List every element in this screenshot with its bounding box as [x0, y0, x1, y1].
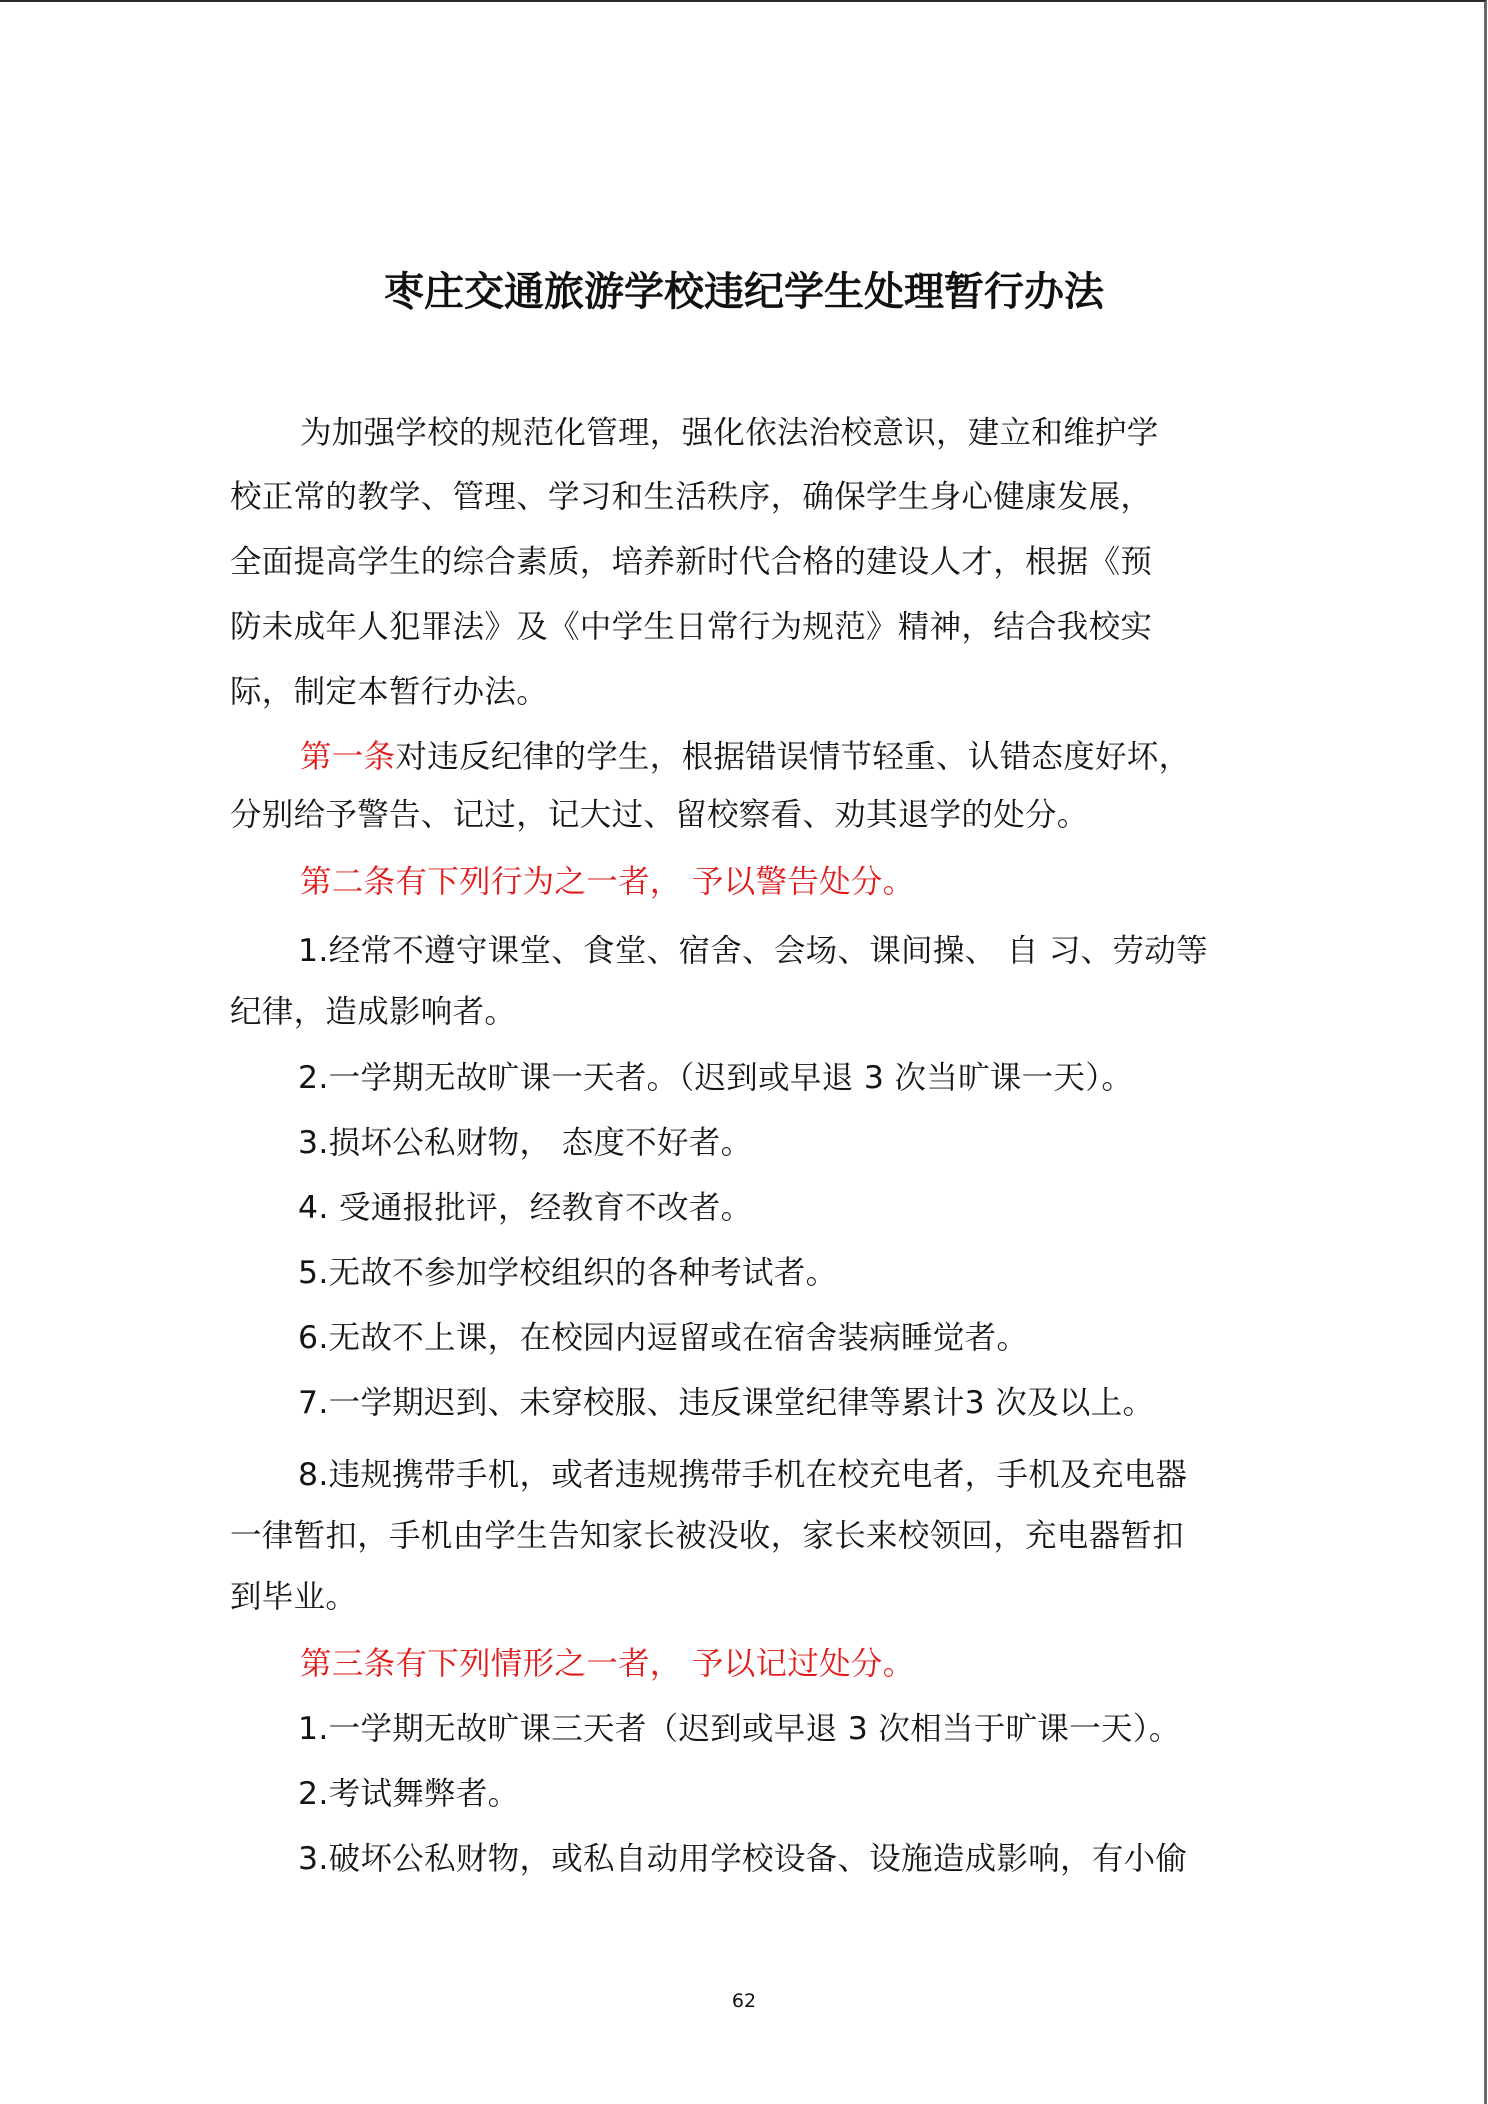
article-2-item-3: 3.损坏公私财物， 态度不好者。	[298, 1118, 752, 1163]
article-2-item-1-line-1: 1.经常不遵守课堂、食堂、宿舍、会场、课间操、 自 习、劳动等	[298, 926, 1208, 971]
article-1-heading: 第一条	[300, 739, 395, 775]
document-title: 枣庄交通旅游学校违纪学生处理暂行办法	[0, 260, 1488, 317]
preamble-line-5: 际，制定本暂行办法。	[230, 667, 548, 712]
article-3-item-1: 1.一学期无故旷课三天者（迟到或早退 3 次相当于旷课一天）。	[298, 1704, 1181, 1749]
preamble-line-2: 校正常的教学、管理、学习和生活秩序，确保学生身心健康发展，	[230, 472, 1152, 517]
article-1-text: 对违反纪律的学生，根据错误情节轻重、认错态度好坏，	[395, 739, 1190, 775]
article-1-line-1: 第一条对违反纪律的学生，根据错误情节轻重、认错态度好坏，	[300, 732, 1190, 777]
article-2-item-4: 4. 受通报批评，经教育不改者。	[298, 1183, 752, 1228]
document-page: 枣庄交通旅游学校违纪学生处理暂行办法 为加强学校的规范化管理，强化依法治校意识，…	[0, 0, 1487, 2104]
article-2-item-8-line-1: 8.违规携带手机，或者违规携带手机在校充电者，手机及充电器	[298, 1450, 1187, 1495]
article-2-item-7: 7.一学期迟到、未穿校服、违反课堂纪律等累计3 次及以上。	[298, 1378, 1154, 1423]
preamble-line-3: 全面提高学生的综合素质，培养新时代合格的建设人才，根据《预	[230, 537, 1152, 582]
article-2-item-6: 6.无故不上课，在校园内逗留或在宿舍装病睡觉者。	[298, 1313, 1028, 1358]
article-2-item-8-line-2: 一律暂扣，手机由学生告知家长被没收，家长来校领回，充电器暂扣	[230, 1511, 1184, 1556]
article-2-item-5: 5.无故不参加学校组织的各种考试者。	[298, 1248, 837, 1293]
article-2-item-2: 2.一学期无故旷课一天者。（迟到或早退 3 次当旷课一天）。	[298, 1053, 1133, 1098]
page-number: 62	[0, 1990, 1488, 2012]
preamble-line-4: 防未成年人犯罪法》及《中学生日常行为规范》精神，结合我校实	[230, 602, 1152, 647]
article-3-heading: 第三条有下列情形之一者， 予以记过处分。	[300, 1639, 915, 1684]
article-2-item-1-line-2: 纪律，造成影响者。	[230, 987, 516, 1032]
article-3-item-3: 3.破坏公私财物，或私自动用学校设备、设施造成影响，有小偷	[298, 1834, 1187, 1879]
preamble-line-1: 为加强学校的规范化管理，强化依法治校意识，建立和维护学	[300, 408, 1159, 453]
article-2-heading: 第二条有下列行为之一者， 予以警告处分。	[300, 857, 915, 902]
article-2-item-8-line-3: 到毕业。	[230, 1572, 357, 1617]
article-3-item-2: 2.考试舞弊者。	[298, 1769, 519, 1814]
article-1-line-2: 分别给予警告、记过，记大过、留校察看、劝其退学的处分。	[230, 790, 1089, 835]
